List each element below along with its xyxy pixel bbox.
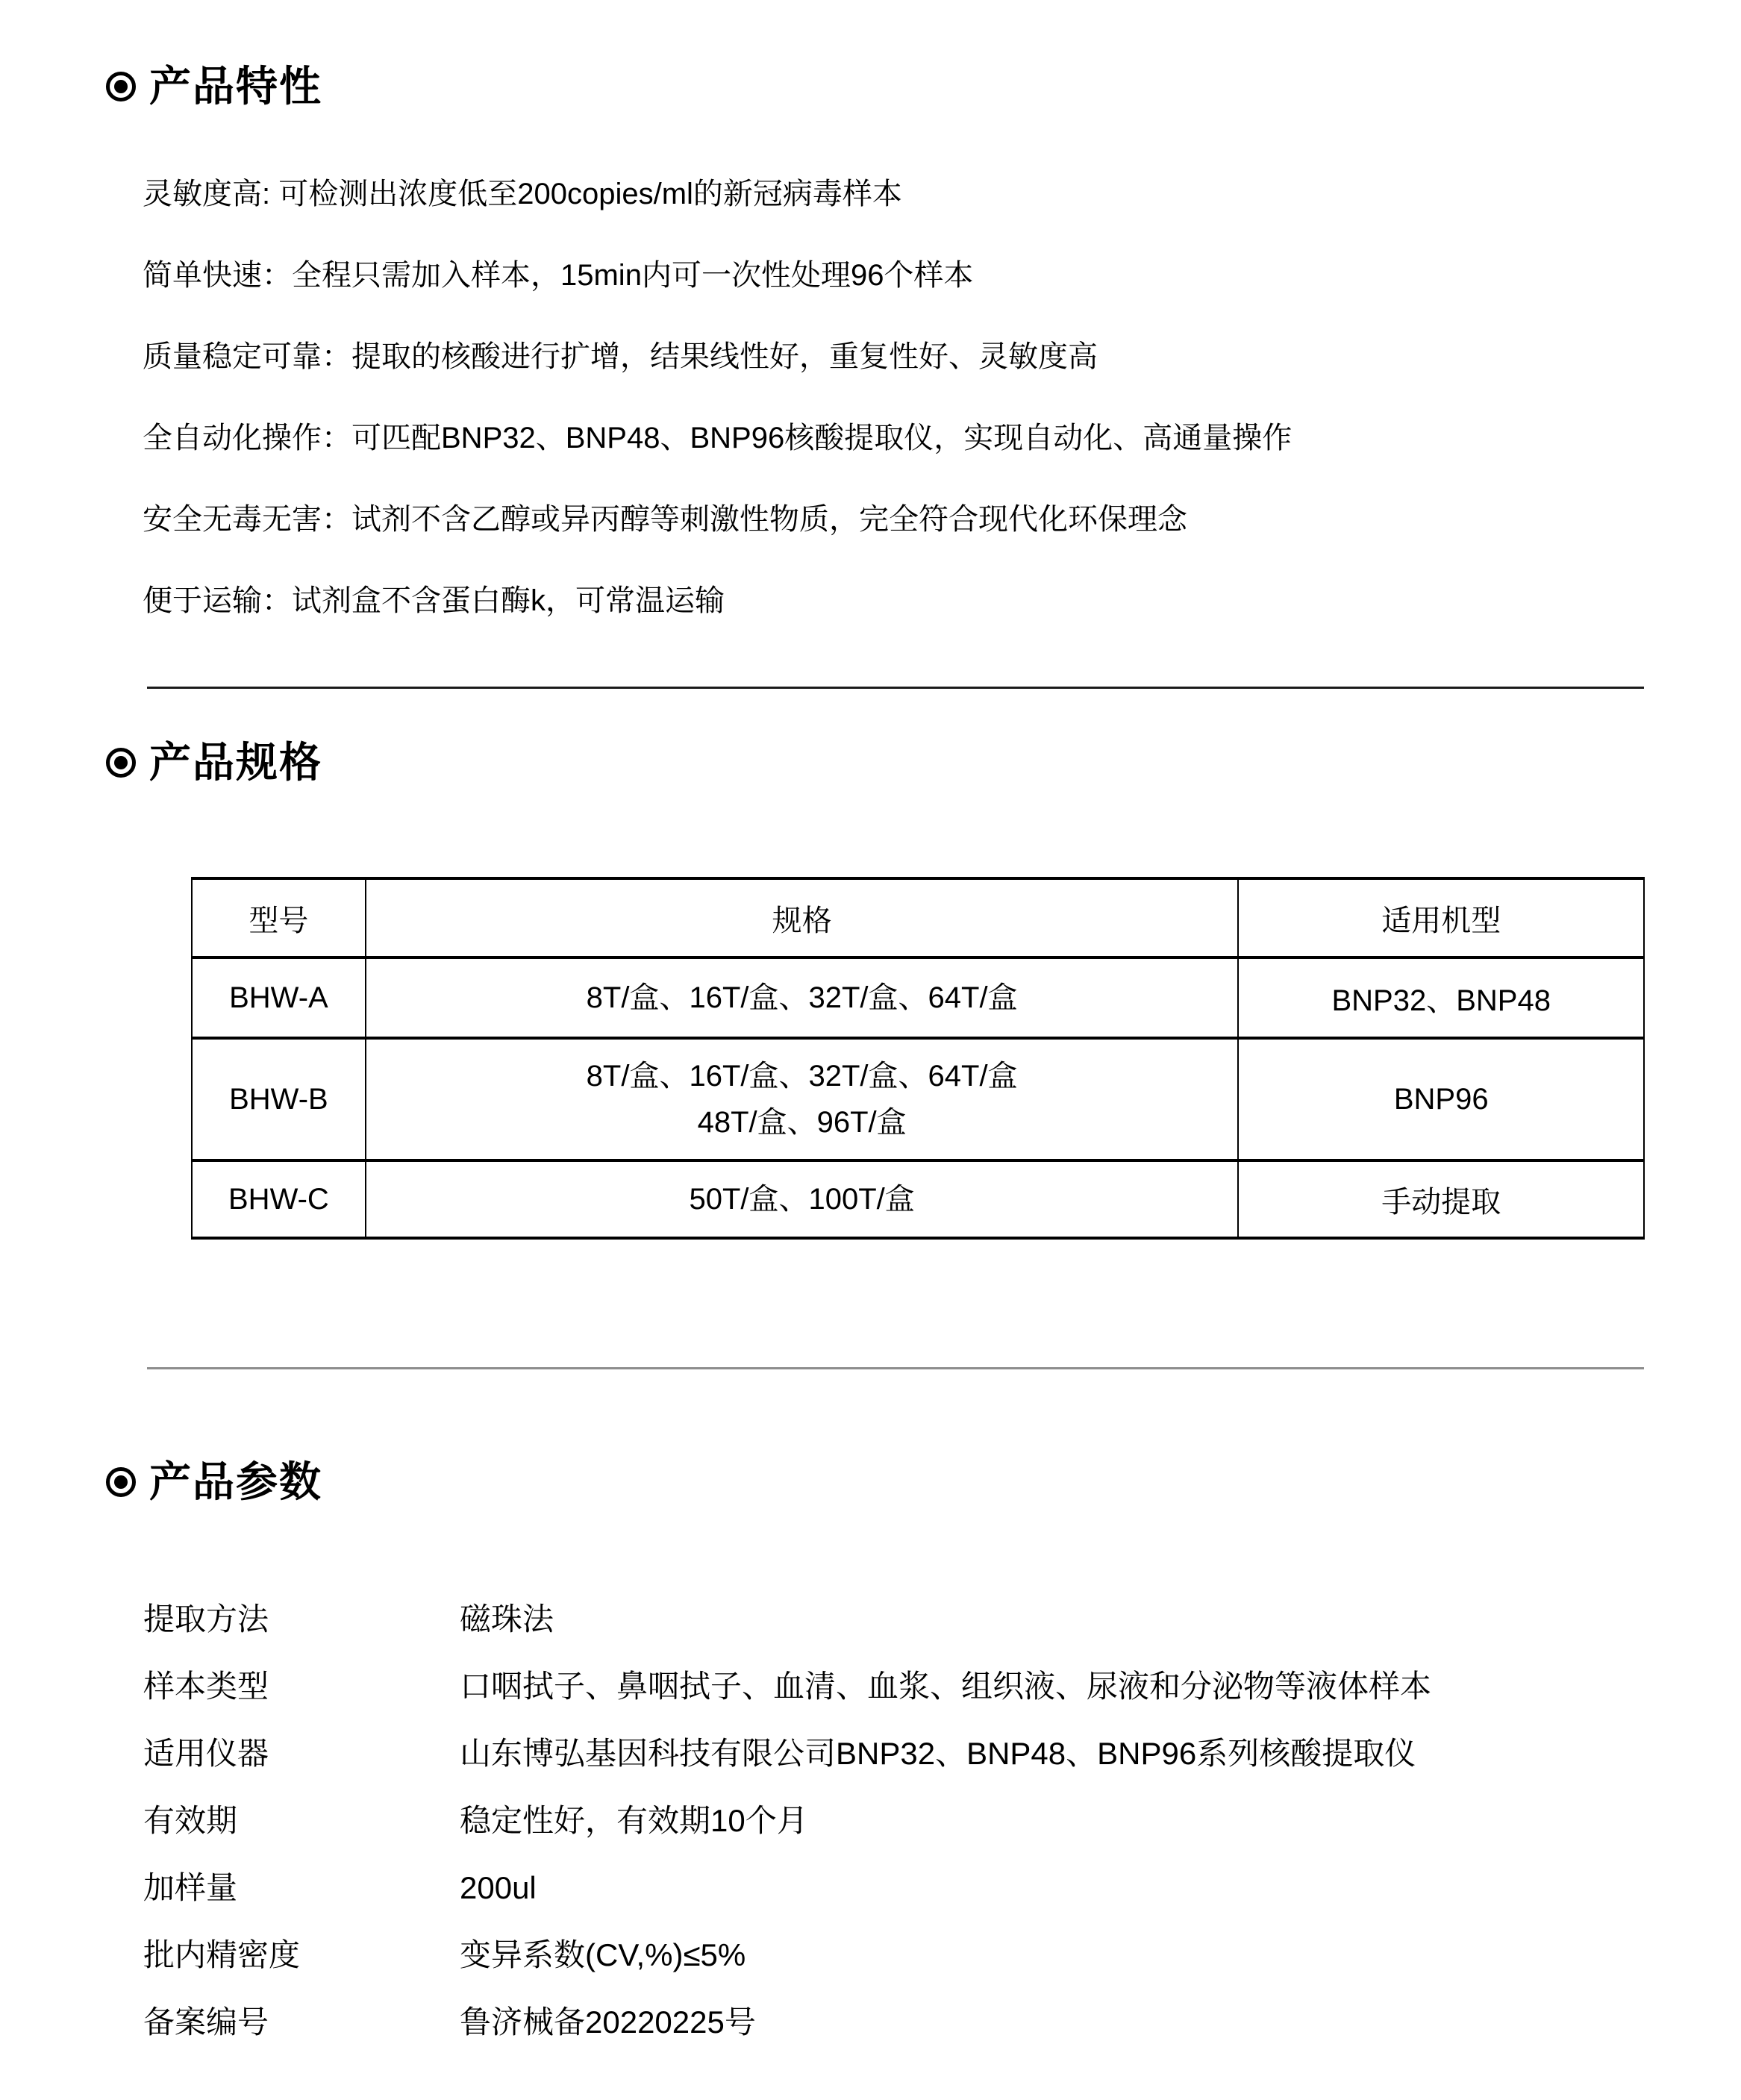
param-value: 山东博弘基因科技有限公司BNP32、BNP48、BNP96系列核酸提取仪 [460, 1734, 1431, 1773]
param-value: 变异系数(CV,%)≤5% [460, 1936, 1431, 1975]
spec-line: 48T/盒、96T/盒 [366, 1099, 1238, 1146]
section-divider [147, 1367, 1644, 1369]
specs-title: 产品规格 [149, 739, 322, 787]
param-label: 适用仪器 [143, 1734, 460, 1773]
feature-list: 灵敏度高: 可检测出浓度低至200copies/ml的新冠病毒样本 简单快速：全… [143, 178, 1292, 666]
feature-item: 便于运输：试剂盒不含蛋白酶k，可常温运输 [143, 584, 1292, 617]
param-row: 有效期 稳定性好，有效期10个月 [143, 1801, 1431, 1840]
cell-model: BHW-A [192, 957, 366, 1038]
feature-item: 灵敏度高: 可检测出浓度低至200copies/ml的新冠病毒样本 [143, 178, 1292, 210]
param-row: 样本类型 口咽拭子、鼻咽拭子、血清、血浆、组织液、尿液和分泌物等液体样本 [143, 1667, 1431, 1706]
param-label: 有效期 [143, 1801, 460, 1840]
param-row: 备案编号 鲁济械备20220225号 [143, 2003, 1431, 2042]
spec-line: 8T/盒、16T/盒、32T/盒、64T/盒 [366, 975, 1238, 1021]
cell-spec: 50T/盒、100T/盒 [366, 1160, 1239, 1238]
table-row: BHW-B 8T/盒、16T/盒、32T/盒、64T/盒 48T/盒、96T/盒… [192, 1038, 1644, 1160]
specs-section-heading: 产品规格 [106, 739, 322, 787]
circle-dot-icon [106, 1467, 136, 1497]
feature-item: 简单快速：全程只需加入样本，15min内可一次性处理96个样本 [143, 259, 1292, 292]
feature-item: 全自动化操作：可匹配BNP32、BNP48、BNP96核酸提取仪，实现自动化、高… [143, 422, 1292, 454]
param-row: 适用仪器 山东博弘基因科技有限公司BNP32、BNP48、BNP96系列核酸提取… [143, 1734, 1431, 1773]
param-value: 稳定性好，有效期10个月 [460, 1801, 1431, 1840]
spec-table-header-row: 型号 规格 适用机型 [192, 878, 1644, 957]
cell-model: BHW-B [192, 1038, 366, 1160]
circle-dot-icon [106, 748, 136, 778]
features-title: 产品特性 [149, 63, 322, 110]
feature-item: 质量稳定可靠：提取的核酸进行扩增，结果线性好，重复性好、灵敏度高 [143, 340, 1292, 373]
param-value: 口咽拭子、鼻咽拭子、血清、血浆、组织液、尿液和分泌物等液体样本 [460, 1667, 1431, 1706]
features-section-heading: 产品特性 [106, 63, 322, 110]
circle-dot-icon [106, 72, 136, 101]
cell-machine: BNP96 [1238, 1038, 1644, 1160]
param-label: 备案编号 [143, 2003, 460, 2042]
feature-item: 安全无毒无害：试剂不含乙醇或异丙醇等刺激性物质，完全符合现代化环保理念 [143, 503, 1292, 536]
spec-line: 50T/盒、100T/盒 [366, 1176, 1238, 1222]
cell-machine: BNP32、BNP48 [1238, 957, 1644, 1038]
col-header-model: 型号 [192, 878, 366, 957]
spec-line: 8T/盒、16T/盒、32T/盒、64T/盒 [366, 1053, 1238, 1099]
param-value: 200ul [460, 1869, 1431, 1907]
col-header-machine: 适用机型 [1238, 878, 1644, 957]
params-section-heading: 产品参数 [106, 1458, 322, 1506]
spec-table: 型号 规格 适用机型 BHW-A 8T/盒、16T/盒、32T/盒、64T/盒 … [191, 877, 1645, 1240]
col-header-spec: 规格 [366, 878, 1239, 957]
section-divider [147, 687, 1644, 689]
table-row: BHW-C 50T/盒、100T/盒 手动提取 [192, 1160, 1644, 1238]
cell-model: BHW-C [192, 1160, 366, 1238]
table-row: BHW-A 8T/盒、16T/盒、32T/盒、64T/盒 BNP32、BNP48 [192, 957, 1644, 1038]
param-label: 批内精密度 [143, 1936, 460, 1975]
param-value: 鲁济械备20220225号 [460, 2003, 1431, 2042]
param-row: 加样量 200ul [143, 1869, 1431, 1907]
param-row: 批内精密度 变异系数(CV,%)≤5% [143, 1936, 1431, 1975]
param-label: 样本类型 [143, 1667, 460, 1706]
param-label: 提取方法 [143, 1600, 460, 1639]
param-value: 磁珠法 [460, 1600, 1431, 1639]
param-label: 加样量 [143, 1869, 460, 1907]
param-list: 提取方法 磁珠法 样本类型 口咽拭子、鼻咽拭子、血清、血浆、组织液、尿液和分泌物… [143, 1600, 1431, 2070]
params-title: 产品参数 [149, 1458, 322, 1506]
cell-spec: 8T/盒、16T/盒、32T/盒、64T/盒 48T/盒、96T/盒 [366, 1038, 1239, 1160]
cell-machine: 手动提取 [1238, 1160, 1644, 1238]
cell-spec: 8T/盒、16T/盒、32T/盒、64T/盒 [366, 957, 1239, 1038]
param-row: 提取方法 磁珠法 [143, 1600, 1431, 1639]
